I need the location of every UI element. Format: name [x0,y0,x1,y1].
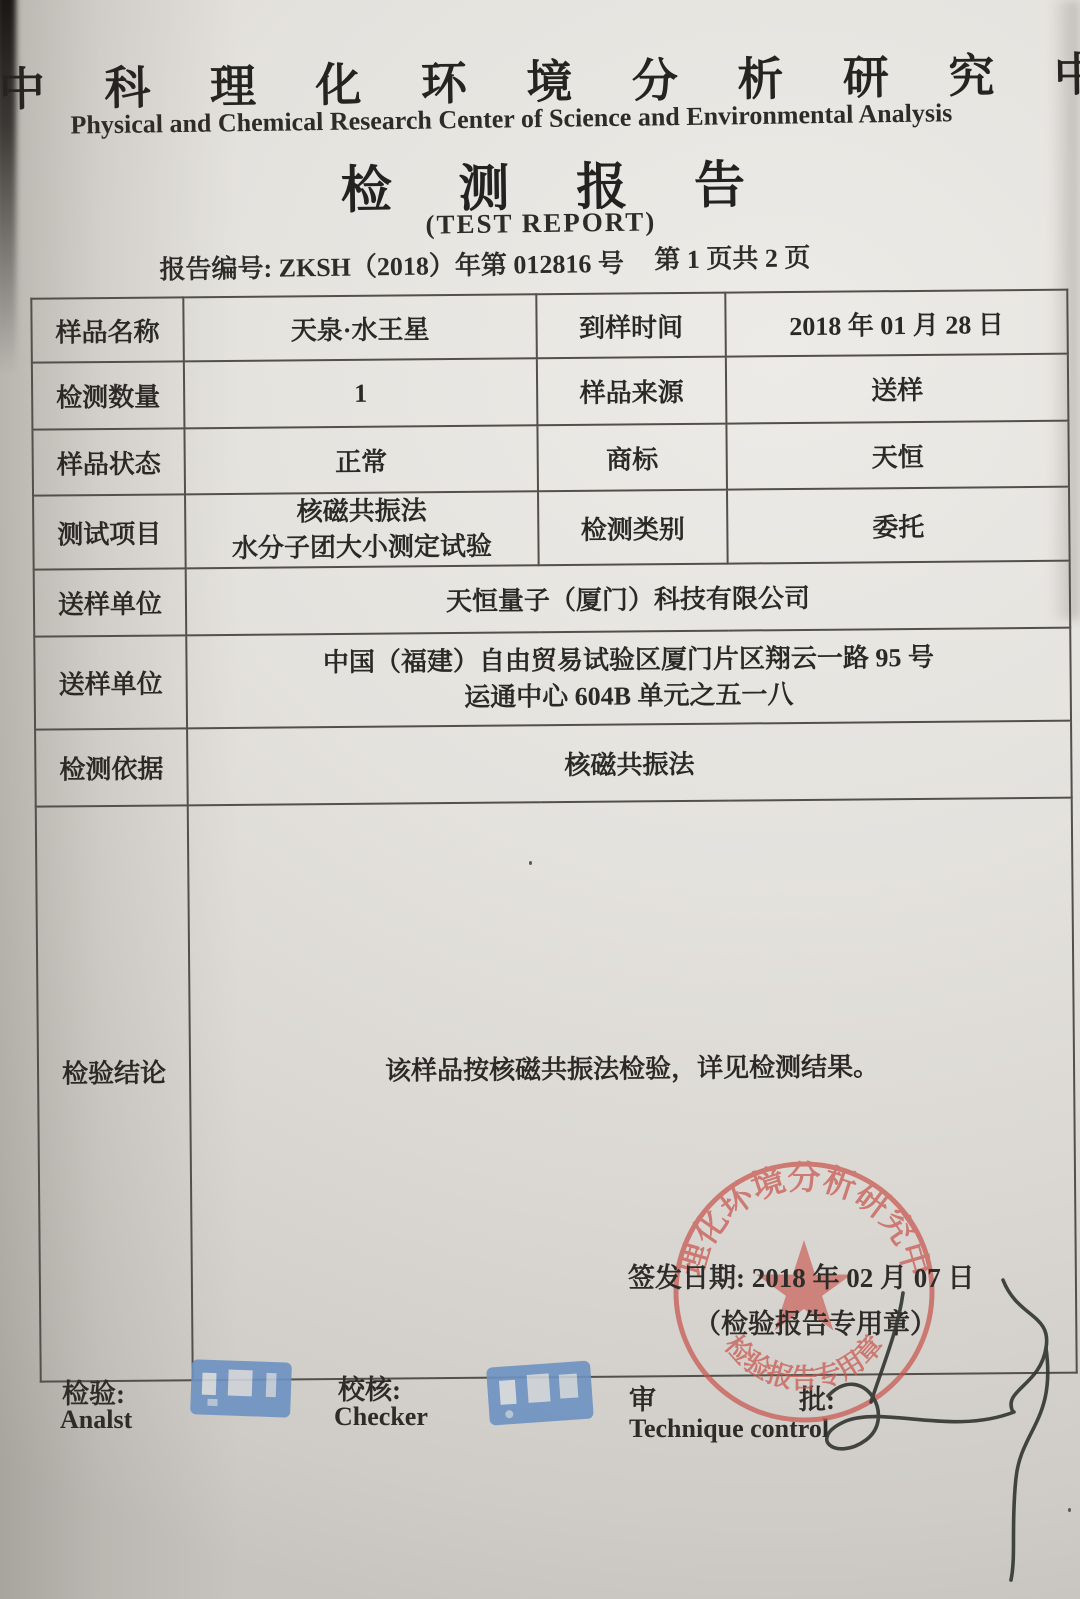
field-label: 检测依据 [35,728,188,806]
issue-date: 签发日期: 2018 年 02 月 07 日 [628,1256,964,1295]
field-label: 到样时间 [536,293,726,359]
field-value: 天泉·水王星 [183,294,537,361]
field-label: 样品状态 [32,428,185,495]
checker-label-en: Checker [334,1402,428,1432]
issue-block: 签发日期: 2018 年 02 月 07 日 （检验报告专用章） [628,1256,964,1341]
table-row: 检测数量 1 样品来源 送样 [32,354,1069,430]
field-value: 1 [184,358,538,428]
field-label: 送样单位 [34,568,187,636]
table-row: 检测依据 核磁共振法 [35,721,1072,807]
report-header: 中 科 理 化 环 境 分 析 研 究 中 心 Physical and Che… [0,0,1078,8]
inspector-name-stamp [187,1354,297,1424]
field-value: 天恒 [726,421,1069,490]
table-row: 测试项目 核磁共振法 水分子团大小测定试验 检测类别 委托 [33,487,1070,570]
field-label: 检测类别 [538,490,728,566]
field-value-line2: 水分子团大小测定试验 [192,528,531,567]
table-row: 送样单位 中国（福建）自由贸易试验区厦门片区翔云一路 95 号 运通中心 604… [34,628,1071,730]
field-label: 商标 [537,424,727,492]
field-label: 测试项目 [33,494,186,569]
field-label: 样品名称 [31,297,184,362]
page-indicator: 第 1 页共 2 页 [654,237,811,276]
checker-name-stamp [482,1354,601,1434]
field-label: 样品来源 [537,357,727,426]
seal-note: （检验报告专用章） [628,1302,964,1341]
report-number: 报告编号: ZKSH（2018）年第 012816 号 [159,243,624,286]
field-value: 委托 [727,487,1070,564]
field-value: 正常 [184,425,538,494]
field-value: 2018 年 01 月 28 日 [725,290,1068,357]
field-value-line1: 核磁共振法 [192,492,531,531]
table-row: 送样单位 天恒量子（厦门）科技有限公司 [34,561,1071,637]
conclusion-label: 检验结论 [45,1052,183,1090]
conclusion-text: 该样品按核磁共振法检验，详见检测结果。 [197,1045,1067,1090]
field-label: 检验结论 [36,805,193,1381]
table-row: 样品状态 正常 商标 天恒 [32,421,1069,496]
field-label: 送样单位 [34,635,187,729]
field-value: 核磁共振法 水分子团大小测定试验 [185,491,539,568]
field-value-line1: 中国（福建）自由贸易试验区厦门片区翔云一路 95 号 [193,638,1063,682]
field-value: 核磁共振法 [187,721,1072,806]
paper-speck [1068,1508,1071,1512]
table-row: 样品名称 天泉·水王星 到样时间 2018 年 01 月 28 日 [31,290,1068,363]
field-label: 检测数量 [32,361,185,429]
paper-speck [529,861,532,865]
inspector-label-en: Analst [60,1405,132,1435]
field-value: 天恒量子（厦门）科技有限公司 [186,561,1071,636]
field-value: 中国（福建）自由贸易试验区厦门片区翔云一路 95 号 运通中心 604B 单元之… [186,628,1071,729]
field-value-line2: 运通中心 604B 单元之五一八 [194,674,1064,718]
field-value: 送样 [726,354,1069,424]
